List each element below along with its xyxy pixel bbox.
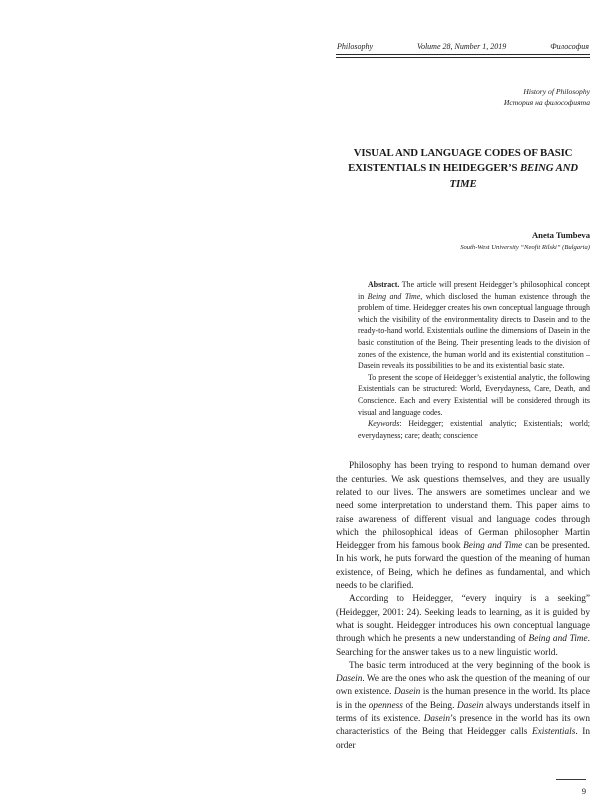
- keywords-line: Keywords: Heidegger; existential analyti…: [358, 418, 590, 441]
- journal-title-bulgarian: Философия: [550, 42, 589, 51]
- header-divider-rule: [336, 54, 590, 58]
- article-body: Philosophy has been trying to respond to…: [336, 460, 590, 753]
- section-name-bulgarian: История на философията: [336, 98, 590, 109]
- page-footer: 9: [336, 768, 590, 796]
- footer-rule: [556, 779, 586, 780]
- journal-volume-info: Volume 28, Number 1, 2019: [417, 42, 506, 51]
- author-affiliation: South-West University “Neofit Rilski” (B…: [336, 243, 590, 252]
- abstract-paragraph: Abstract. The article will present Heide…: [358, 279, 590, 372]
- journal-title: Philosophy: [337, 42, 373, 51]
- section-name-english: History of Philosophy: [336, 87, 590, 98]
- journal-header: Philosophy Volume 28, Number 1, 2019 Фил…: [336, 42, 590, 54]
- section-heading: History of Philosophy История на философ…: [336, 87, 590, 109]
- body-paragraph: Philosophy has been trying to respond to…: [336, 460, 590, 593]
- body-paragraph: The basic term introduced at the very be…: [336, 660, 590, 753]
- abstract-section: Abstract. The article will present Heide…: [358, 279, 590, 441]
- article-title: VISUAL AND LANGUAGE CODES OF BASICEXISTE…: [336, 146, 590, 193]
- author-block: Aneta Tumbeva South-West University “Neo…: [336, 230, 590, 252]
- article-page: Philosophy Volume 28, Number 1, 2019 Фил…: [336, 42, 590, 796]
- body-paragraph: According to Heidegger, “every inquiry i…: [336, 593, 590, 659]
- page-number: 9: [336, 786, 586, 796]
- author-name: Aneta Tumbeva: [336, 230, 590, 241]
- scanned-journal-page: { "colors": { "background": "#ffffff", "…: [0, 0, 600, 800]
- abstract-paragraph: To present the scope of Heidegger’s exis…: [358, 372, 590, 418]
